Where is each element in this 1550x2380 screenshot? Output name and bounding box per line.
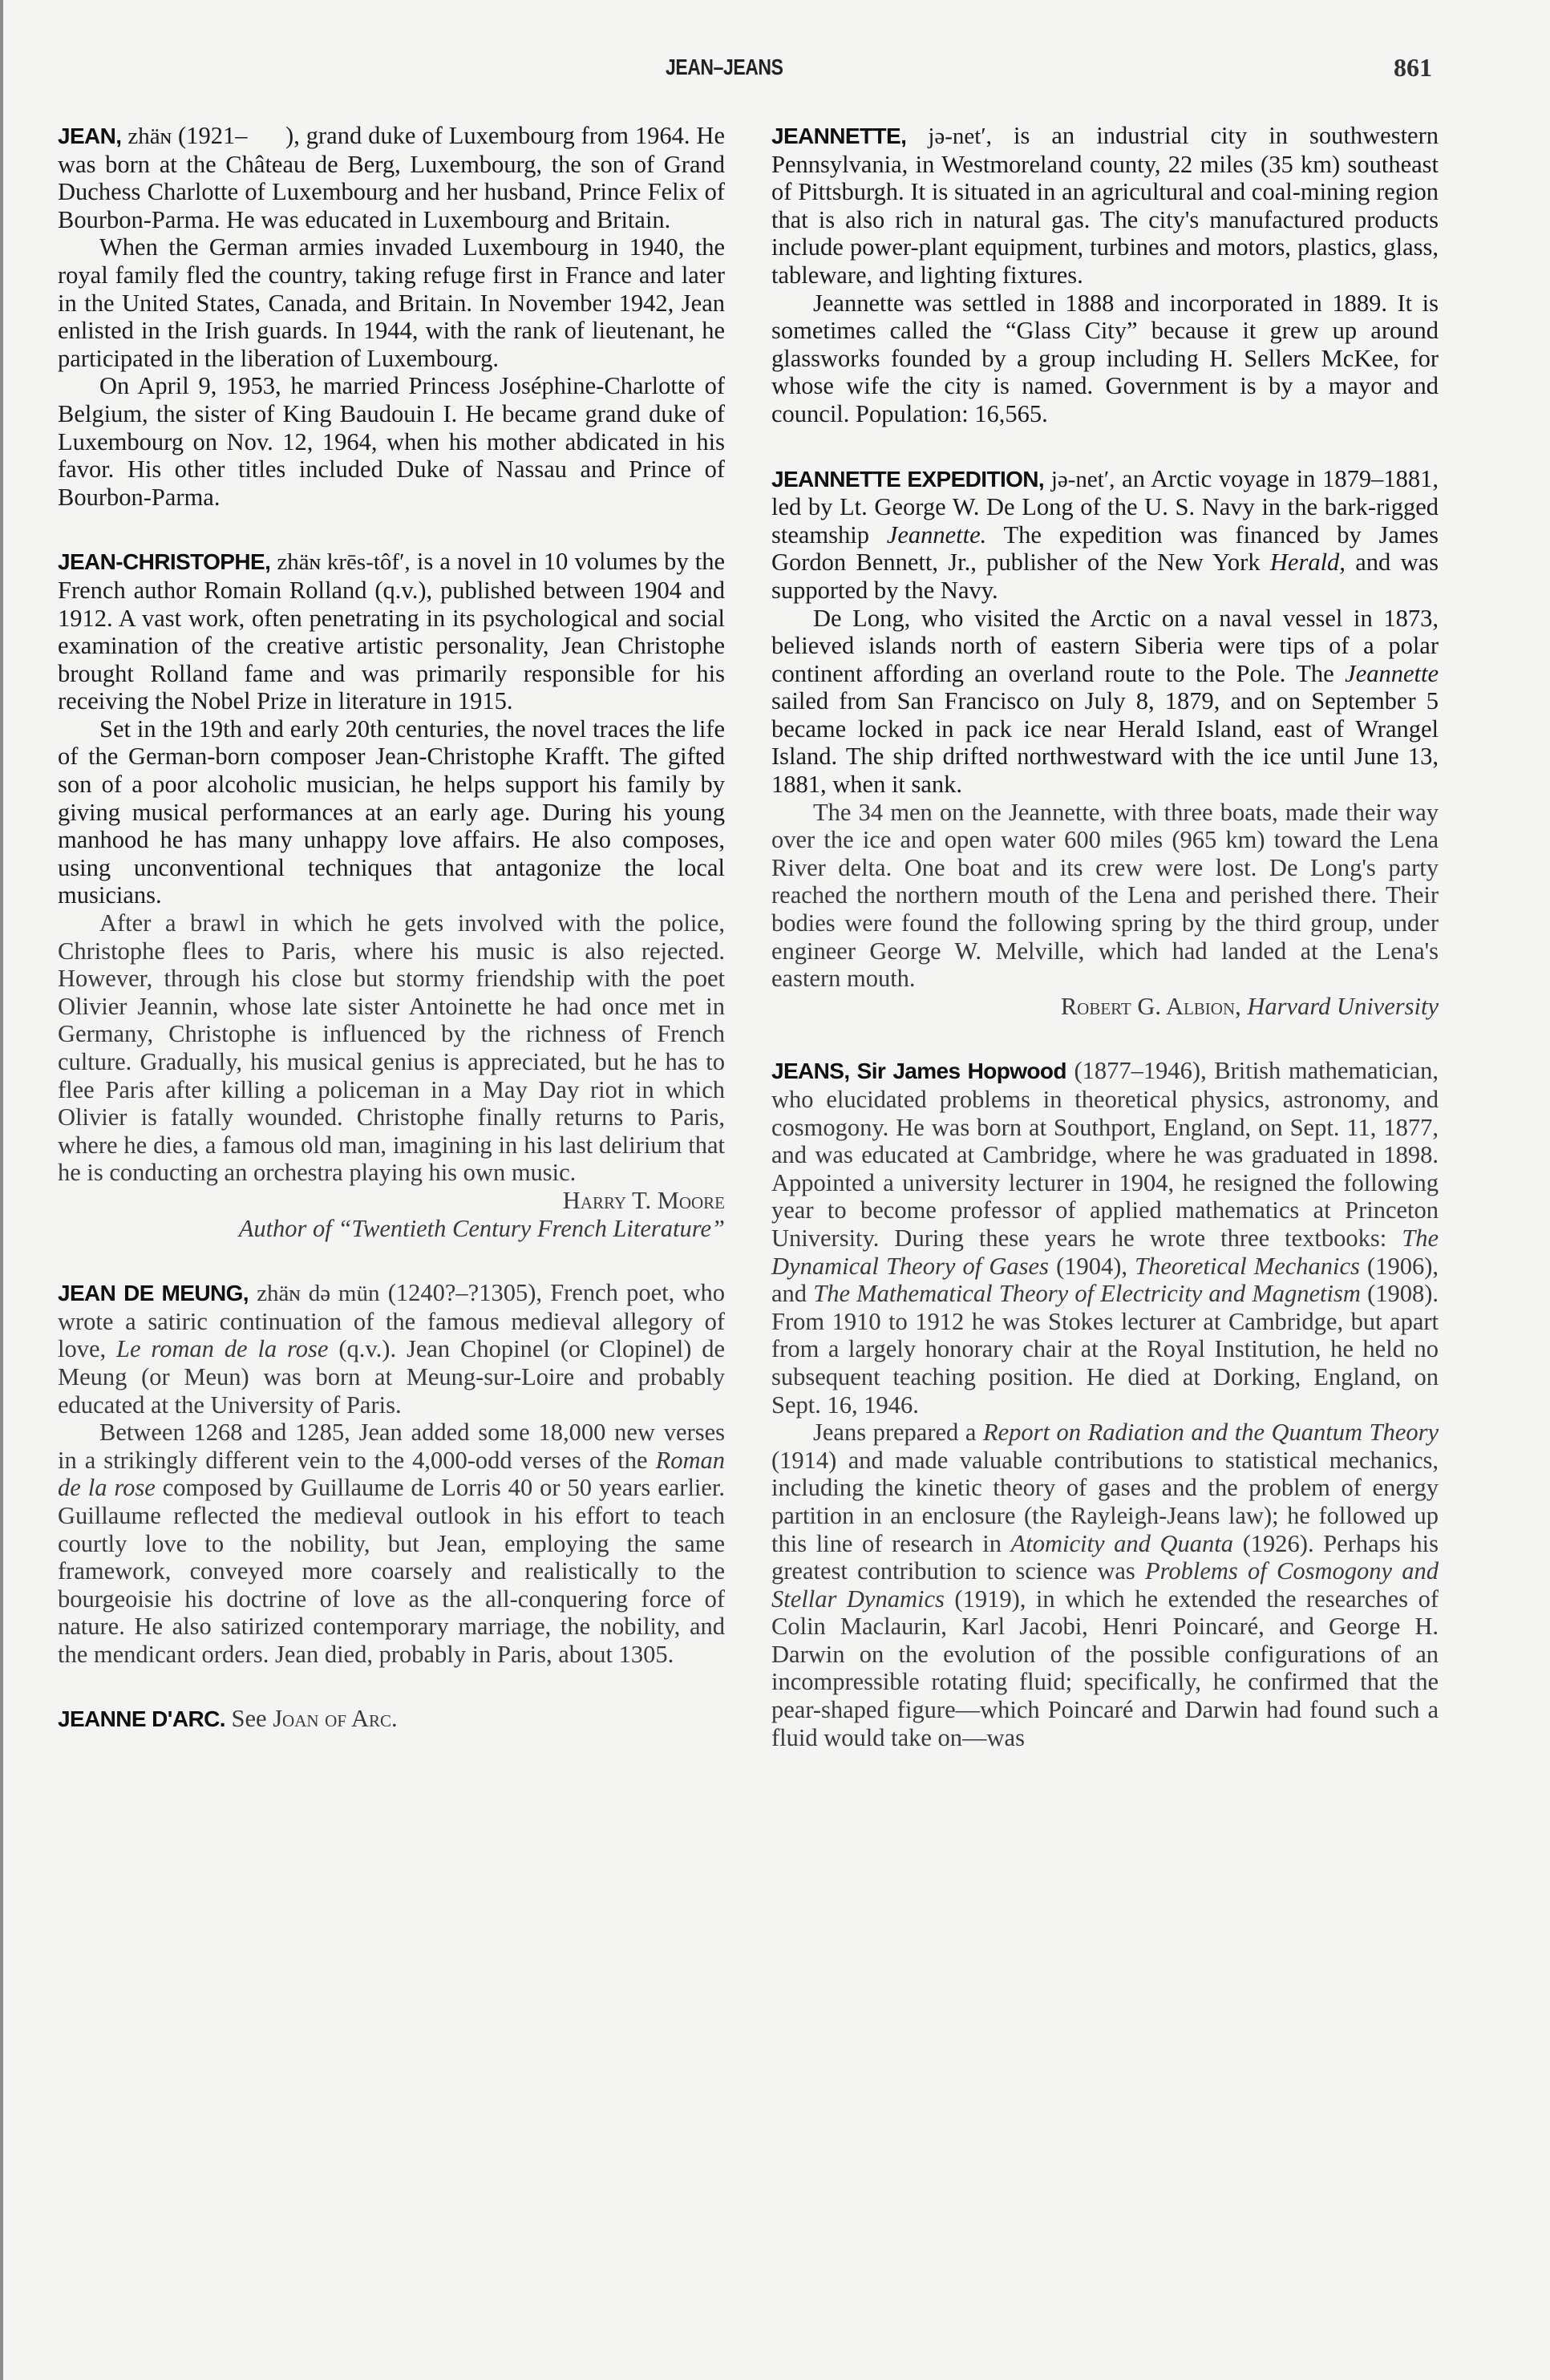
entry-paragraph: Between 1268 and 1285, Jean added some 1… [58, 1419, 725, 1668]
book-title: Theoretical Mechanics [1135, 1253, 1360, 1280]
ship-name: Jeannette [1345, 660, 1439, 687]
entry-paragraph: On April 9, 1953, he married Princess Jo… [58, 372, 725, 511]
author-affiliation: Harvard University [1247, 993, 1439, 1020]
see-label: See [232, 1705, 267, 1732]
paragraph-text: sailed from San Francisco on July 8, 187… [771, 687, 1439, 798]
entry-paragraph: JEANNETTE EXPEDITION, jə-net′, an Arctic… [771, 465, 1439, 605]
paragraph-text: De Long, who visited the Arctic on a nav… [771, 605, 1439, 687]
headword: JEAN DE MEUNG, [58, 1281, 249, 1305]
work-title: Le roman de la rose [116, 1335, 328, 1362]
book-title: Report on Radiation and the Quantum Theo… [983, 1419, 1439, 1446]
entry-paragraph: JEANNETTE, jə-net′, is an industrial cit… [771, 122, 1439, 289]
author-affiliation: Author of “Twentieth Century French Lite… [58, 1215, 725, 1243]
headword: JEANS, Sir James Hopwood [771, 1058, 1066, 1083]
entry-paragraph: Set in the 19th and early 20th centuries… [58, 715, 725, 909]
paragraph-text: composed by Guillaume de Lorris 40 or 50… [58, 1474, 725, 1668]
paragraph-text: British mathematician, who elucidated pr… [771, 1057, 1439, 1252]
paragraph-text: Jeans prepared a [813, 1419, 976, 1446]
cross-reference-link[interactable]: Joan of Arc. [273, 1705, 397, 1732]
ship-name: Jeannette. [887, 521, 986, 548]
dates: (1921– ), [178, 122, 300, 149]
entry-paragraph: Jeannette was settled in 1888 and incorp… [771, 289, 1439, 428]
running-head: JEAN–JEANS [666, 55, 817, 80]
headword: JEAN-CHRISTOPHE, [58, 549, 270, 574]
entry-jeannette-expedition: JEANNETTE EXPEDITION, jə-net′, an Arctic… [771, 465, 1439, 1021]
entry-paragraph: JEANS, Sir James Hopwood (1877–1946), Br… [771, 1057, 1439, 1419]
entry-jeannette: JEANNETTE, jə-net′, is an industrial cit… [771, 122, 1439, 428]
entry-paragraph: Jeans prepared a Report on Radiation and… [771, 1419, 1439, 1751]
entry-paragraph: JEANNE D'ARC. See Joan of Arc. [58, 1705, 725, 1734]
author-signature: Robert G. Albion, Harvard University [771, 993, 1439, 1021]
pronunciation: zhäɴ [127, 123, 172, 149]
pronunciation: jə-net′, [928, 123, 992, 149]
entry-paragraph: When the German armies invaded Luxembour… [58, 233, 725, 372]
pronunciation: jə-net′, [1051, 467, 1115, 492]
entry-jean: JEAN, zhäɴ (1921– ), grand duke of Luxem… [58, 122, 725, 511]
entry-paragraph: JEAN DE MEUNG, zhäɴ də mün (1240?–?1305)… [58, 1279, 725, 1419]
headword: JEANNETTE, [771, 123, 906, 148]
pronunciation: zhäɴ krēs-tôf′, [277, 549, 410, 575]
author-signature: Harry T. Moore [58, 1187, 725, 1215]
headword: JEAN, [58, 123, 121, 148]
book-title: Atomicity and Quanta [1011, 1530, 1233, 1557]
entry-jean-de-meung: JEAN DE MEUNG, zhäɴ də mün (1240?–?1305)… [58, 1279, 725, 1668]
page-edge-shadow [0, 0, 3, 2380]
author-name: Robert G. Albion, [1061, 993, 1241, 1020]
entry-paragraph: JEAN, zhäɴ (1921– ), grand duke of Luxem… [58, 122, 725, 233]
entry-jean-christophe: JEAN-CHRISTOPHE, zhäɴ krēs-tôf′, is a no… [58, 548, 725, 1242]
entry-paragraph: De Long, who visited the Arctic on a nav… [771, 605, 1439, 799]
dates: (1877–1946), [1074, 1057, 1207, 1084]
entry-jeanne-darc: JEANNE D'ARC. See Joan of Arc. [58, 1705, 725, 1734]
headword: JEANNE D'ARC. [58, 1706, 225, 1731]
entry-paragraph: JEAN-CHRISTOPHE, zhäɴ krēs-tôf′, is a no… [58, 548, 725, 715]
paragraph-text: Between 1268 and 1285, Jean added some 1… [58, 1419, 725, 1474]
entry-paragraph: The 34 men on the Jeannette, with three … [771, 799, 1439, 993]
book-title: The Mathematical Theory of Electricity a… [813, 1280, 1361, 1307]
book-year: (1904), [1056, 1253, 1127, 1280]
page-number: 861 [1394, 53, 1432, 83]
newspaper-name: Herald, [1270, 548, 1346, 576]
headword: JEANNETTE EXPEDITION, [771, 467, 1044, 492]
pronunciation: zhäɴ də mün [257, 1281, 379, 1306]
entry-paragraph: After a brawl in which he gets involved … [58, 909, 725, 1187]
entry-jeans: JEANS, Sir James Hopwood (1877–1946), Br… [771, 1057, 1439, 1751]
right-column: JEANNETTE, jə-net′, is an industrial cit… [771, 122, 1439, 1788]
left-column: JEAN, zhäɴ (1921– ), grand duke of Luxem… [58, 122, 725, 1771]
